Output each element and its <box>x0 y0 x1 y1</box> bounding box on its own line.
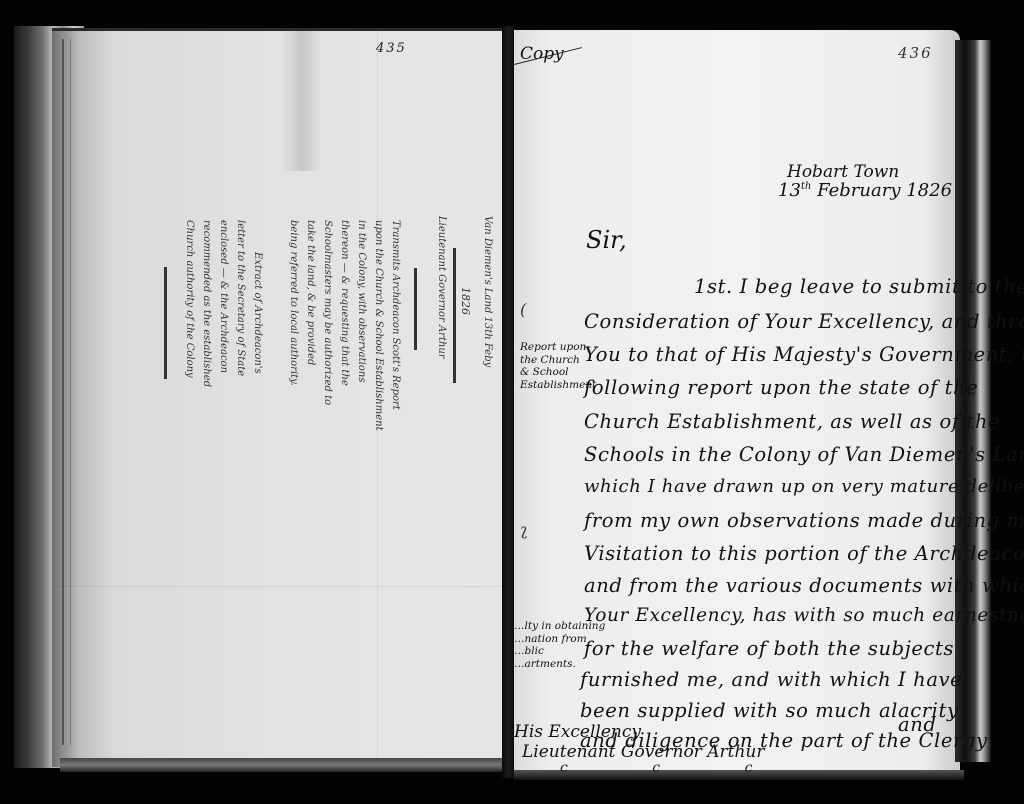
horizontal-fold-line <box>52 586 502 587</box>
document-viewer: 435 Van Diemen's Land 13th Feby Lieutena… <box>0 0 1024 804</box>
catchword: and <box>898 713 936 736</box>
body-line: for the welfare of both the subjects <box>584 637 954 660</box>
body-line: following report upon the state of the <box>584 376 978 399</box>
body-line: from my own observations made during my <box>584 509 1024 532</box>
left-page-bottom-edge <box>60 758 510 772</box>
left-page-number: 435 <box>376 41 407 56</box>
body-line: which I have drawn up on very mature del… <box>584 476 1024 497</box>
docket-rule <box>164 267 167 379</box>
docket-rule <box>453 248 456 383</box>
docket-line: being referred to local authority. <box>286 220 300 420</box>
docket-line: Church authority of the Colony <box>182 220 196 420</box>
body-line: Visitation to this portion of the Archde… <box>584 542 1024 565</box>
body-line: furnished me, and with which I have <box>580 668 962 691</box>
body-line: and from the various documents with whic… <box>584 574 1024 597</box>
docket-line: recommended as the established <box>199 220 213 420</box>
letter-place: Hobart Town <box>787 162 899 182</box>
fold-shadow <box>282 31 322 171</box>
docket-line: Transmits Archdeacon Scott's Report <box>388 220 402 420</box>
docket-line: Schoolmasters may be authorized to <box>320 220 334 420</box>
addressee-title: His Excellency <box>514 722 641 742</box>
right-page-edges <box>955 40 991 762</box>
margin-note-subject: Report upon the Church & School Establis… <box>520 341 596 391</box>
docket-year: 1826 <box>458 287 472 487</box>
addressee-name: Lieutenant Governor Arthur <box>522 742 764 762</box>
margin-mark: ( <box>520 300 526 319</box>
margin-mark: ʅ <box>520 520 528 539</box>
letter-date: 13th February 1826 <box>778 180 952 201</box>
margin-note-difficulty: …lty in obtaining …nation from …blic …ar… <box>514 620 605 670</box>
docket-line: in the Colony, with observations <box>354 220 368 420</box>
date-day: 13 <box>778 180 801 201</box>
body-line: You to that of His Majesty's Government,… <box>584 343 1024 366</box>
docket-line: Extract of Archdeacon's <box>250 252 264 452</box>
right-page-number: 436 <box>898 44 933 62</box>
body-line: Consideration of Your Excellency, and th… <box>584 310 1024 333</box>
docket-rule <box>414 268 417 350</box>
date-suffix: th <box>801 181 811 192</box>
salutation: Sir, <box>586 226 627 254</box>
body-line: Schools in the Colony of Van Diemen's La… <box>584 443 1024 466</box>
docket-line: thereon — & requesting that the <box>337 220 351 420</box>
body-line: 1st. I beg leave to submit to the <box>694 275 1024 298</box>
docket-line: take the land, & be provided <box>303 220 317 420</box>
docket-line: upon the Church & School Establishment <box>371 220 385 420</box>
footer-marks: c c c <box>560 760 792 776</box>
docket-endorsement: Van Diemen's Land 13th Feby Lieutenant G… <box>150 212 495 412</box>
docket-line: Van Diemen's Land 13th Feby <box>480 216 494 416</box>
body-line: Your Excellency, has with so much earnes… <box>584 605 1024 626</box>
date-month-year: February 1826 <box>817 180 952 201</box>
docket-line: letter to the Secretary of State <box>233 220 247 420</box>
docket-line: enclosed — & the Archdeacon <box>216 220 230 420</box>
body-line: Church Establishment, as well as of the <box>584 410 1000 433</box>
docket-line: Lieutenant Governor Arthur <box>434 216 448 416</box>
page-border <box>62 39 71 745</box>
